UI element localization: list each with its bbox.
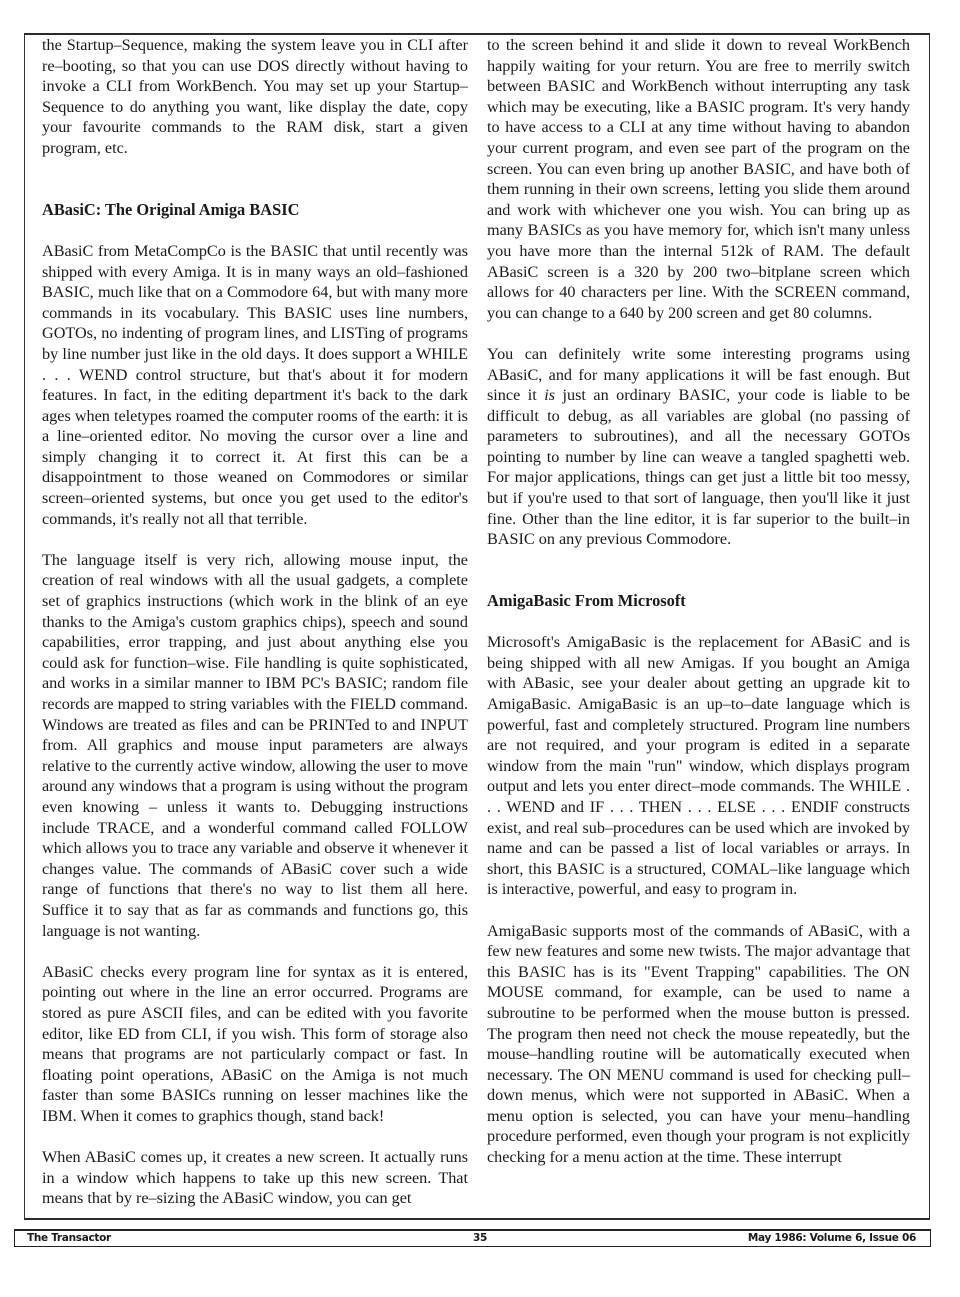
page-footer: The Transactor 35 May 1986: Volume 6, Is… [14, 1229, 931, 1247]
right-column: to the screen behind it and slide it dow… [487, 35, 910, 1188]
intro-paragraph: the Startup–Sequence, making the system … [42, 35, 468, 159]
body-paragraph: ABasiC from MetaCompCo is the BASIC that… [42, 241, 468, 529]
spacer [487, 570, 910, 591]
body-paragraph: The language itself is very rich, allowi… [42, 550, 468, 941]
italic-emphasis: is [544, 386, 555, 404]
body-paragraph: AmigaBasic supports most of the commands… [487, 921, 910, 1168]
body-paragraph: Microsoft's AmigaBasic is the replacemen… [487, 632, 910, 900]
text-run: just an ordinary BASIC, your code is lia… [487, 386, 910, 548]
section-heading-amigabasic: AmigaBasic From Microsoft [487, 591, 910, 612]
body-paragraph: to the screen behind it and slide it dow… [487, 35, 910, 323]
spacer [42, 179, 468, 200]
publication-name: The Transactor [27, 1232, 111, 1244]
issue-date: May 1986: Volume 6, Issue 06 [748, 1232, 916, 1244]
body-paragraph: When ABasiC comes up, it creates a new s… [42, 1147, 468, 1209]
body-paragraph: You can definitely write some interestin… [487, 344, 910, 550]
section-heading-abasic: ABasiC: The Original Amiga BASIC [42, 200, 468, 221]
body-paragraph: ABasiC checks every program line for syn… [42, 962, 468, 1127]
page-number: 35 [473, 1232, 487, 1244]
left-column: the Startup–Sequence, making the system … [42, 35, 468, 1229]
